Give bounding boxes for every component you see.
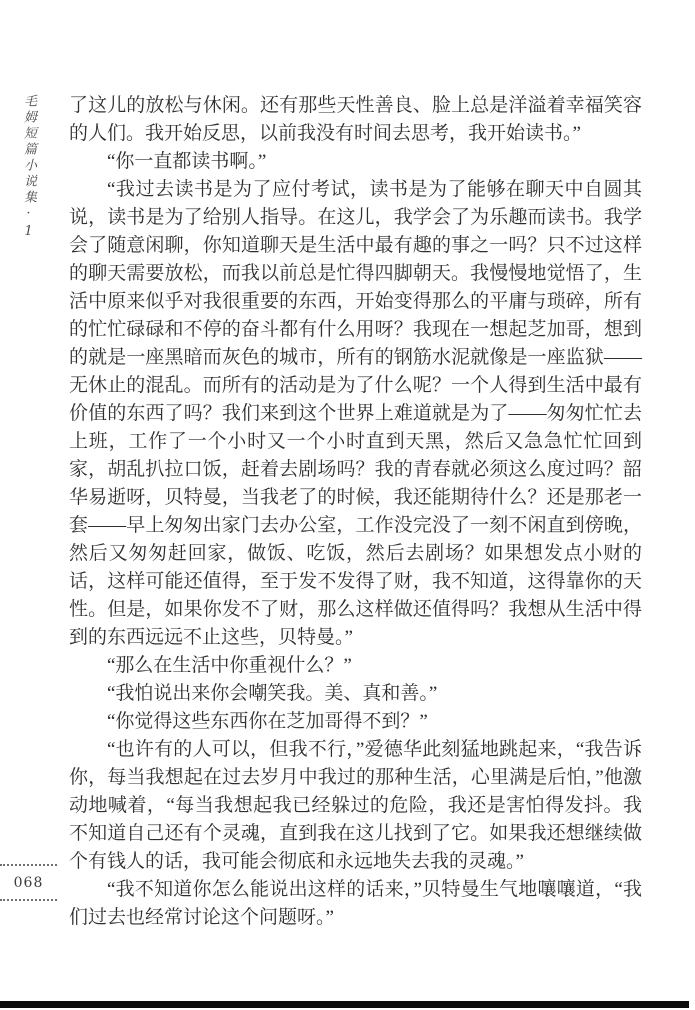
paragraph: “我怕说出来你会嘲笑我。美、真和善。” — [69, 680, 642, 708]
paragraph: “也许有的人可以，但我不行，”爱德华此刻猛地跳起来，“我告诉你，每当我想起在过去… — [69, 736, 642, 876]
dotted-rule-top — [0, 864, 57, 866]
scan-edge-artifact — [0, 1001, 689, 1008]
page-number: 068 — [0, 875, 57, 891]
paragraph: “那么在生活中你重视什么？” — [69, 652, 642, 680]
book-page: 毛姆短篇小说集·1 了这儿的放松与休闲。还有那些天性善良、脸上总是洋溢着幸福笑容… — [0, 0, 695, 1010]
folio-block: 068 — [0, 864, 57, 901]
page-text-block: 了这儿的放松与休闲。还有那些天性善良、脸上总是洋溢着幸福笑容的人们。我开始反思，… — [69, 92, 642, 932]
book-title-vertical: 毛姆短篇小说集·1 — [20, 94, 36, 242]
dotted-rule-bottom — [0, 899, 57, 901]
paragraph: “我过去读书是为了应付考试，读书是为了能够在聊天中自圆其说，读书是为了给别人指导… — [69, 176, 642, 652]
paragraph: 了这儿的放松与休闲。还有那些天性善良、脸上总是洋溢着幸福笑容的人们。我开始反思，… — [69, 92, 642, 148]
paragraph: “你一直都读书啊。” — [69, 148, 642, 176]
paragraph: “我不知道你怎么能说出这样的话来，”贝特曼生气地嚷嚷道，“我们过去也经常讨论这个… — [69, 876, 642, 932]
paragraph: “你觉得这些东西你在芝加哥得不到？” — [69, 708, 642, 736]
